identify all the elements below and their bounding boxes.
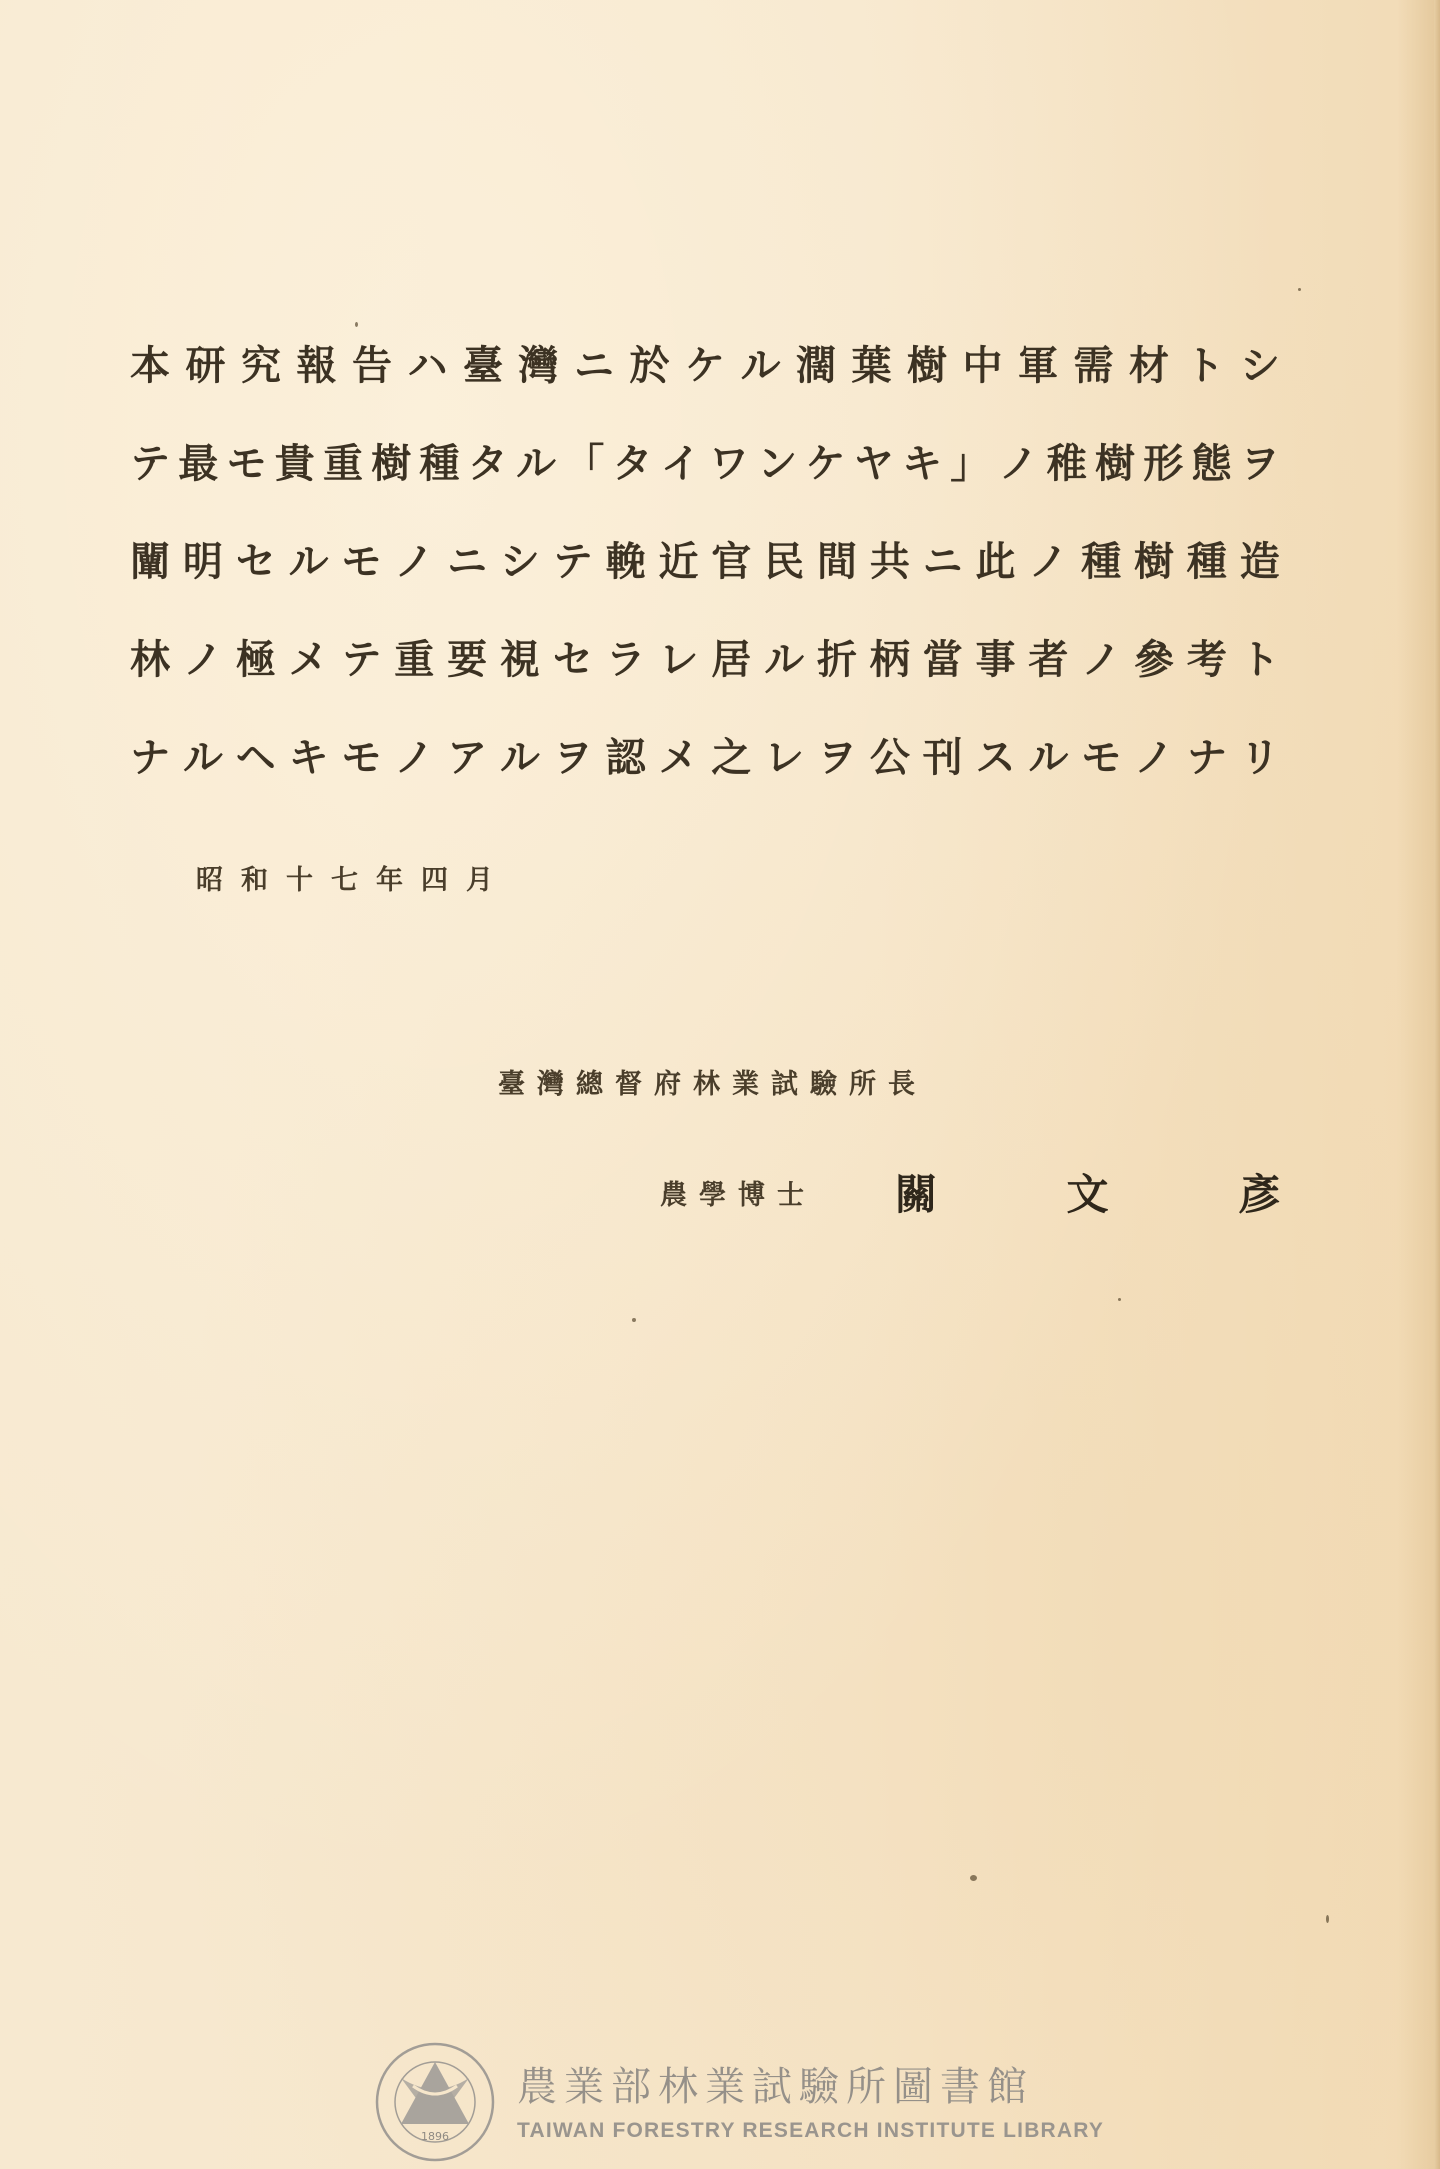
paper-speck bbox=[355, 322, 358, 327]
paper-speck bbox=[970, 1875, 977, 1881]
preface-char: ワ bbox=[709, 434, 749, 532]
preface-char: ル bbox=[183, 728, 223, 826]
preface-char: セ bbox=[236, 532, 276, 630]
preface-char: モ bbox=[341, 532, 381, 630]
preface-char: 視 bbox=[500, 630, 540, 728]
preface-char: 公 bbox=[870, 728, 910, 826]
preface-char: ト bbox=[1240, 630, 1280, 728]
preface-char: モ bbox=[341, 728, 381, 826]
preface-char: 居 bbox=[711, 630, 751, 728]
preface-char: 態 bbox=[1192, 434, 1232, 532]
publication-date: 昭和十七年四月 bbox=[196, 858, 511, 897]
preface-char: ニ bbox=[574, 336, 614, 434]
preface-char: ア bbox=[447, 728, 487, 826]
preface-char: 近 bbox=[658, 532, 698, 630]
preface-char: 最 bbox=[178, 434, 218, 532]
preface-char: 種 bbox=[420, 434, 460, 532]
preface-char: 闡 bbox=[130, 532, 170, 630]
library-name-zh: 農業部林業試驗所圖書館 bbox=[517, 2061, 1104, 2113]
preface-char: メ bbox=[289, 630, 329, 728]
preface-char: ニ bbox=[923, 532, 963, 630]
preface-char: 明 bbox=[183, 532, 223, 630]
preface-char: 此 bbox=[976, 532, 1016, 630]
preface-line-4: 林ノ極メテ重要視セラレ居ル折柄當事者ノ參考ト bbox=[130, 630, 1280, 728]
preface-char: ノ bbox=[1028, 532, 1068, 630]
preface-char: 葉 bbox=[852, 336, 892, 434]
preface-char: 灣 bbox=[519, 336, 559, 434]
paper-speck bbox=[1298, 288, 1301, 291]
paper-speck bbox=[1326, 1915, 1329, 1923]
preface-char: イ bbox=[661, 434, 701, 532]
preface-char: 軍 bbox=[1018, 336, 1058, 434]
preface-char: ニ bbox=[447, 532, 487, 630]
signatory-degree: 農學博士 bbox=[660, 1173, 816, 1212]
preface-char: 究 bbox=[241, 336, 281, 434]
preface-char: 刊 bbox=[923, 728, 963, 826]
preface-char: ノ bbox=[394, 532, 434, 630]
preface-char: 樹 bbox=[1095, 434, 1135, 532]
preface-char: 報 bbox=[297, 336, 337, 434]
preface-char: ル bbox=[741, 336, 781, 434]
preface-char: ケ bbox=[806, 434, 846, 532]
preface-char: 研 bbox=[186, 336, 226, 434]
preface-char: 事 bbox=[976, 630, 1016, 728]
preface-char: レ bbox=[658, 630, 698, 728]
preface-char: モ bbox=[227, 434, 267, 532]
preface-char: ケ bbox=[685, 336, 725, 434]
preface-char: タ bbox=[468, 434, 508, 532]
preface-char: ラ bbox=[606, 630, 646, 728]
preface-char: ナ bbox=[1187, 728, 1227, 826]
preface-char: ヲ bbox=[553, 728, 593, 826]
preface-char: 之 bbox=[711, 728, 751, 826]
preface-char: 極 bbox=[236, 630, 276, 728]
preface-char: 臺 bbox=[463, 336, 503, 434]
library-watermark: 1896 農業部林業試驗所圖書館 TAIWAN FORESTRY RESEARC… bbox=[373, 2040, 1104, 2164]
preface-char: ノ bbox=[394, 728, 434, 826]
preface-char: 造 bbox=[1240, 532, 1280, 630]
signatory-name-char: 文 bbox=[1066, 1162, 1108, 1222]
preface-char: シ bbox=[1240, 336, 1280, 434]
library-name: 農業部林業試驗所圖書館 TAIWAN FORESTRY RESEARCH INS… bbox=[517, 2061, 1104, 2143]
preface-char: ヲ bbox=[1240, 434, 1280, 532]
preface-char: シ bbox=[500, 532, 540, 630]
preface-char: ノ bbox=[183, 630, 223, 728]
preface-char: ヘ bbox=[236, 728, 276, 826]
signatory-name: 關 文 彥 bbox=[895, 1162, 1280, 1222]
preface-char: 稚 bbox=[1047, 434, 1087, 532]
preface-char: 樹 bbox=[907, 336, 947, 434]
preface-char: モ bbox=[1081, 728, 1121, 826]
preface-char: 需 bbox=[1074, 336, 1114, 434]
preface-char: ハ bbox=[408, 336, 448, 434]
preface-char: 參 bbox=[1134, 630, 1174, 728]
preface-char: セ bbox=[553, 630, 593, 728]
preface-char: ト bbox=[1185, 336, 1225, 434]
paper-speck bbox=[1118, 1298, 1121, 1301]
preface-char: 官 bbox=[711, 532, 751, 630]
preface-char: 種 bbox=[1187, 532, 1227, 630]
preface-char: 重 bbox=[394, 630, 434, 728]
preface-char: 」 bbox=[950, 434, 990, 532]
preface-line-1: 本研究報告ハ臺灣ニ於ケル濶葉樹中軍需材トシ bbox=[130, 336, 1280, 434]
preface-char: ル bbox=[500, 728, 540, 826]
preface-char: 民 bbox=[764, 532, 804, 630]
library-name-en: TAIWAN FORESTRY RESEARCH INSTITUTE LIBRA… bbox=[517, 2119, 1104, 2143]
preface-char: ル bbox=[516, 434, 556, 532]
preface-char: ノ bbox=[1134, 728, 1174, 826]
preface-char: 認 bbox=[606, 728, 646, 826]
preface-char: 中 bbox=[963, 336, 1003, 434]
seal-year: 1896 bbox=[421, 2130, 449, 2143]
preface-char: 輓 bbox=[606, 532, 646, 630]
preface-char: 間 bbox=[817, 532, 857, 630]
preface-char: テ bbox=[553, 532, 593, 630]
preface-char: 「 bbox=[564, 434, 604, 532]
preface-char: ヲ bbox=[817, 728, 857, 826]
preface-char: ナ bbox=[130, 728, 170, 826]
preface-char: テ bbox=[130, 434, 170, 532]
preface-line-3: 闡明セルモノニシテ輓近官民間共ニ此ノ種樹種造 bbox=[130, 532, 1280, 630]
signature-block: 農學博士 關 文 彥 bbox=[660, 1162, 1280, 1222]
preface-char: ン bbox=[757, 434, 797, 532]
preface-char: 告 bbox=[352, 336, 392, 434]
preface-char: ル bbox=[764, 630, 804, 728]
preface-char: 材 bbox=[1129, 336, 1169, 434]
preface-char: 林 bbox=[130, 630, 170, 728]
preface-char: ノ bbox=[1081, 630, 1121, 728]
preface-char: タ bbox=[613, 434, 653, 532]
preface-char: 者 bbox=[1028, 630, 1068, 728]
preface-char: 當 bbox=[923, 630, 963, 728]
preface-char: ル bbox=[289, 532, 329, 630]
preface-char: 本 bbox=[130, 336, 170, 434]
preface-char: キ bbox=[289, 728, 329, 826]
preface-char: リ bbox=[1240, 728, 1280, 826]
preface-char: ヤ bbox=[854, 434, 894, 532]
signatory-name-char: 關 bbox=[895, 1162, 937, 1222]
preface-line-2: テ最モ貴重樹種タル「タイワンケヤキ」ノ稚樹形態ヲ bbox=[130, 434, 1280, 532]
preface-char: ノ bbox=[999, 434, 1039, 532]
preface-char: 種 bbox=[1081, 532, 1121, 630]
institution-title: 臺灣總督府林業試驗所長 bbox=[498, 1062, 927, 1101]
preface-char: 折 bbox=[817, 630, 857, 728]
preface-char: ル bbox=[1028, 728, 1068, 826]
preface-char: レ bbox=[764, 728, 804, 826]
signatory-name-char: 彥 bbox=[1238, 1162, 1280, 1222]
preface-char: 柄 bbox=[870, 630, 910, 728]
preface-char: 共 bbox=[870, 532, 910, 630]
preface-char: ス bbox=[976, 728, 1016, 826]
preface-char: 形 bbox=[1143, 434, 1183, 532]
preface-char: キ bbox=[902, 434, 942, 532]
preface-char: テ bbox=[341, 630, 381, 728]
preface-char: 重 bbox=[323, 434, 363, 532]
page-edge bbox=[1434, 0, 1440, 2169]
preface-char: 考 bbox=[1187, 630, 1227, 728]
preface-char: 於 bbox=[630, 336, 670, 434]
preface-char: 濶 bbox=[796, 336, 836, 434]
preface-char: 貴 bbox=[275, 434, 315, 532]
forestry-institute-seal-icon: 1896 bbox=[373, 2040, 497, 2164]
preface-char: 樹 bbox=[1134, 532, 1174, 630]
preface-char: メ bbox=[658, 728, 698, 826]
preface-body: 本研究報告ハ臺灣ニ於ケル濶葉樹中軍需材トシ テ最モ貴重樹種タル「タイワンケヤキ」… bbox=[130, 336, 1280, 826]
paper-speck bbox=[632, 1318, 636, 1322]
preface-line-5: ナルヘキモノアルヲ認メ之レヲ公刊スルモノナリ bbox=[130, 728, 1280, 826]
preface-char: 要 bbox=[447, 630, 487, 728]
preface-char: 樹 bbox=[371, 434, 411, 532]
